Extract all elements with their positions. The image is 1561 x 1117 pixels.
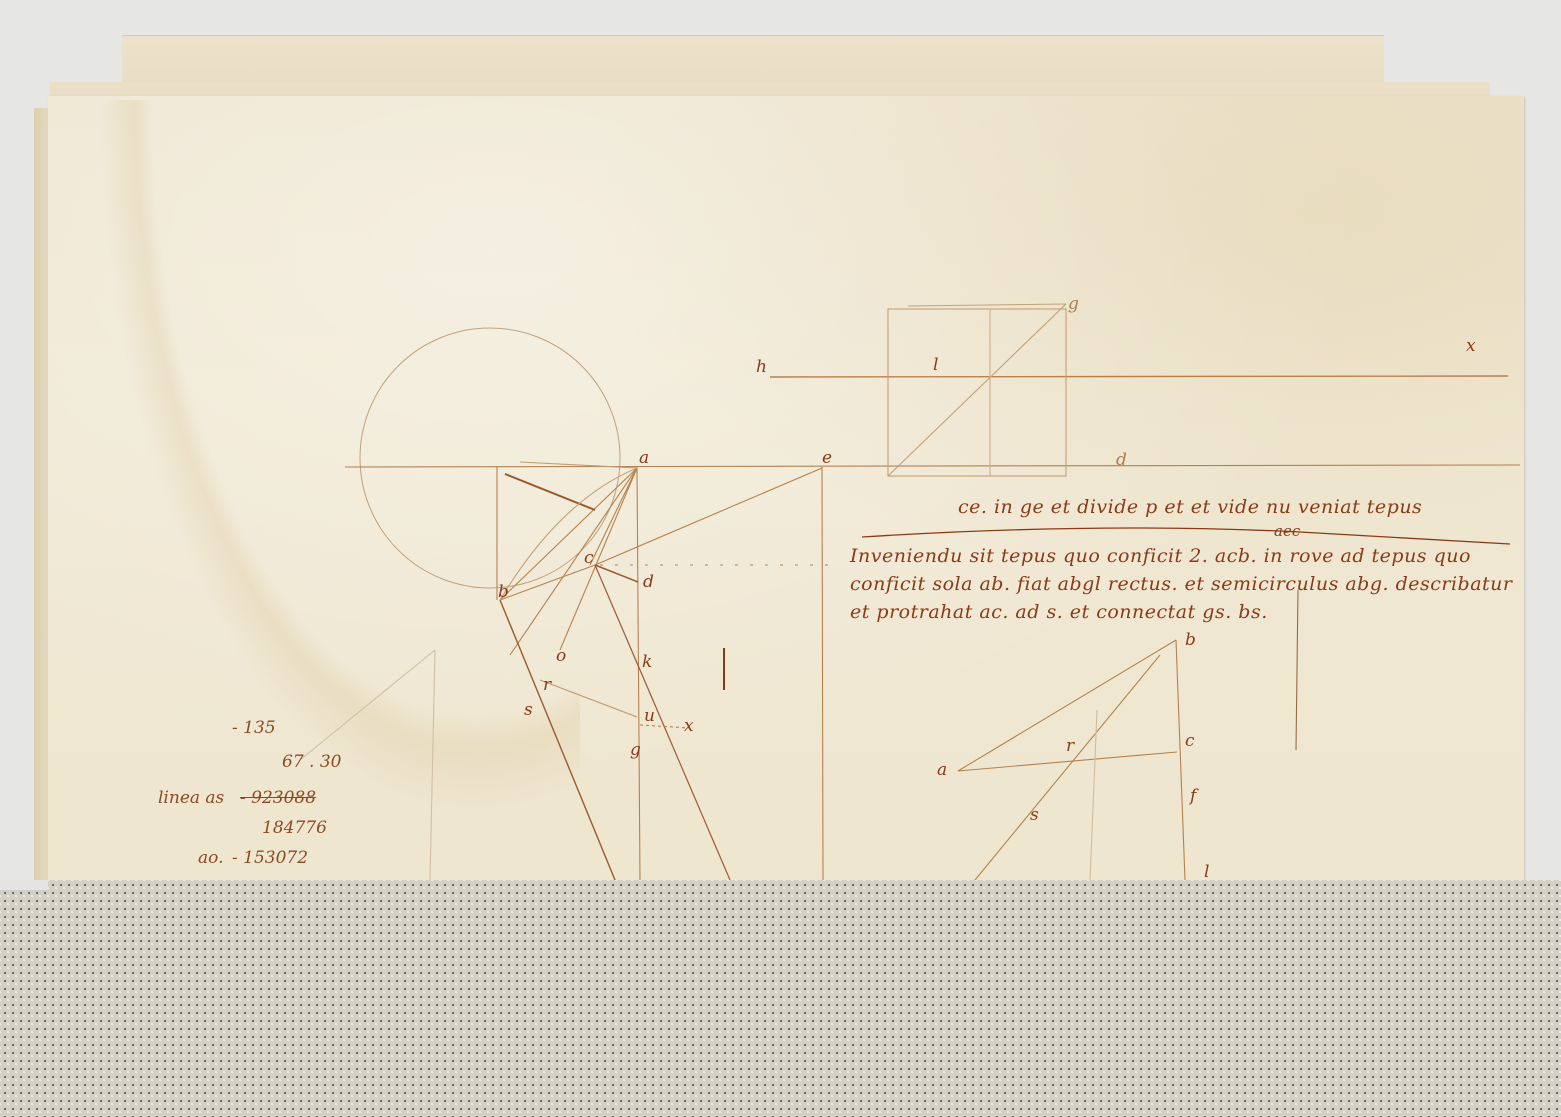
calc-label: ao. xyxy=(198,848,223,868)
calc-line: 67 . 30 xyxy=(282,752,341,772)
calc-label: linea as xyxy=(158,788,224,808)
calc-line-struck: - 923088 xyxy=(240,788,316,808)
annotation-paragraph-line: conficit sola ab. fiat abgl rectus. et s… xyxy=(850,573,1513,595)
placeholder-notch xyxy=(0,880,48,890)
calc-line: - 153072 xyxy=(232,848,308,868)
calc-line: - 135 xyxy=(232,718,276,738)
annotation-paragraph-line: Inveniendu sit tepus quo conficit 2. acb… xyxy=(850,545,1471,567)
manuscript-viewer: a e c b d k o r s u x g h l g x d b a r … xyxy=(0,0,1561,1117)
annotation-paragraph-line: et protrahat ac. ad s. et connectat gs. … xyxy=(850,601,1268,623)
transparent-placeholder-region xyxy=(0,880,1561,1117)
calc-line: 184776 xyxy=(262,818,327,838)
